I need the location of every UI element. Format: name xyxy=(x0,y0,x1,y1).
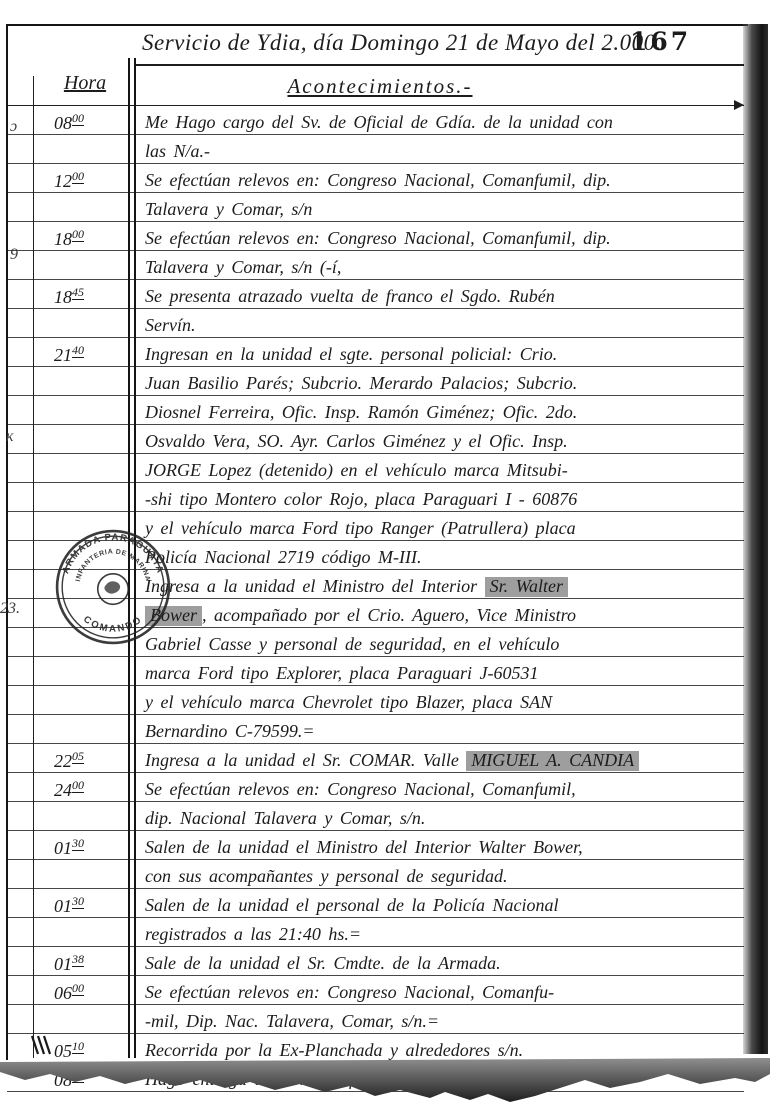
hour-minutes: 00 xyxy=(72,169,84,184)
event-text: Ingresa a la unidad el Sr. COMAR. Valle … xyxy=(131,751,744,772)
hour-minutes: 40 xyxy=(72,343,84,358)
hour-cell xyxy=(7,480,131,482)
event-text: Salen de la unidad el Ministro del Inter… xyxy=(131,838,744,859)
event-text: Se efectúan relevos en: Congreso Naciona… xyxy=(131,229,744,250)
event-text: Osvaldo Vera, SO. Ayr. Carlos Giménez y … xyxy=(131,432,744,453)
scanned-logbook-page: Servicio de Ydia, día Domingo 21 de Mayo… xyxy=(0,0,770,1109)
hour-cell xyxy=(7,451,131,453)
event-text: Se efectúan relevos en: Congreso Naciona… xyxy=(131,171,744,192)
event-text: las N/a.- xyxy=(131,142,744,163)
page-number: 167 xyxy=(630,27,691,56)
log-row: 1800Se efectúan relevos en: Congreso Nac… xyxy=(7,222,744,251)
hour-cell xyxy=(7,161,131,163)
hour-minutes: 10 xyxy=(72,1039,84,1054)
event-text: Salen de la unidad el personal de la Pol… xyxy=(131,896,744,917)
hour-minutes: 00 xyxy=(72,778,84,793)
hour-cell: 1800 xyxy=(7,228,131,250)
hour-minutes: 30 xyxy=(72,836,84,851)
log-row: Diosnel Ferreira, Ofic. Insp. Ramón Gimé… xyxy=(7,396,744,425)
hour-minutes: 30 xyxy=(72,894,84,909)
log-row: Osvaldo Vera, SO. Ayr. Carlos Giménez y … xyxy=(7,425,744,454)
log-row: 0130Salen de la unidad el Ministro del I… xyxy=(7,831,744,860)
bleed-mark: 9 xyxy=(10,246,18,264)
bleed-mark: к xyxy=(6,428,13,446)
column-header-hour: Hora xyxy=(40,72,130,95)
hour-cell xyxy=(7,335,131,337)
hour-cell: 0800 xyxy=(7,112,131,134)
log-row: Talavera y Comar, s/n xyxy=(7,193,744,222)
stamp-text-mid: INFANTERIA DE MARINA xyxy=(75,548,151,582)
hour-cell xyxy=(7,944,131,946)
log-row: marca Ford tipo Explorer, placa Paraguar… xyxy=(7,657,744,686)
hour-minutes: 00 xyxy=(72,111,84,126)
event-text: marca Ford tipo Explorer, placa Paraguar… xyxy=(131,664,744,685)
event-text: Se efectúan relevos en: Congreso Naciona… xyxy=(131,983,744,1004)
hour-cell xyxy=(7,741,131,743)
hour-cell: 2400 xyxy=(7,779,131,801)
log-row: registrados a las 21:40 hs.= xyxy=(7,918,744,947)
hour-cell xyxy=(7,422,131,424)
hour-cell: 0130 xyxy=(7,837,131,859)
hour-cell: 2140 xyxy=(7,344,131,366)
event-text: Servín. xyxy=(131,316,744,337)
event-text: JORGE Lopez (detenido) en el vehículo ma… xyxy=(131,461,744,482)
log-row: 2140Ingresan en la unidad el sgte. perso… xyxy=(7,338,744,367)
hour-minutes: 45 xyxy=(72,285,84,300)
stamp-text-bottom: COMANDO xyxy=(81,614,145,635)
log-row: las N/a.- xyxy=(7,135,744,164)
log-row: con sus acompañantes y personal de segur… xyxy=(7,860,744,889)
log-row: Servín. xyxy=(7,309,744,338)
log-row: 0138Sale de la unidad el Sr. Cmdte. de l… xyxy=(7,947,744,976)
log-row: -shi tipo Montero color Rojo, placa Para… xyxy=(7,483,744,512)
scan-border-top xyxy=(6,24,748,26)
column-header-events: Acontecimientos.- xyxy=(230,74,530,99)
hour-cell xyxy=(7,509,131,511)
page-title: Servicio de Ydia, día Domingo 21 de Mayo… xyxy=(142,30,612,56)
hour-minutes: 00 xyxy=(72,227,84,242)
event-text: registrados a las 21:40 hs.= xyxy=(131,925,744,946)
hour-minutes: 05 xyxy=(72,749,84,764)
hour-cell xyxy=(7,886,131,888)
hour-cell xyxy=(7,828,131,830)
event-text: Sale de la unidad el Sr. Cmdte. de la Ar… xyxy=(131,954,744,975)
event-text: Bower, acompañado por el Crio. Aguero, V… xyxy=(131,606,744,627)
hour-cell: 1200 xyxy=(7,170,131,192)
highlighted-name: MIGUEL A. CANDIA xyxy=(466,751,639,771)
log-row: 1845Se presenta atrazado vuelta de franc… xyxy=(7,280,744,309)
hour-cell xyxy=(7,393,131,395)
log-row: 1200Se efectúan relevos en: Congreso Nac… xyxy=(7,164,744,193)
log-row: -mil, Dip. Nac. Talavera, Comar, s/n.= xyxy=(7,1005,744,1034)
hour-cell xyxy=(7,683,131,685)
navy-round-stamp: ARMADA PARAGUAYA INFANTERIA DE MARINA CO… xyxy=(52,526,174,648)
ink-hatch-mark xyxy=(28,1034,54,1056)
event-text: Me Hago cargo del Sv. de Oficial de Gdía… xyxy=(131,113,744,134)
event-text: Se presenta atrazado vuelta de franco el… xyxy=(131,287,744,308)
log-row: 0130Salen de la unidad el personal de la… xyxy=(7,889,744,918)
log-row: Juan Basilio Parés; Subcrio. Merardo Pal… xyxy=(7,367,744,396)
hour-cell xyxy=(7,219,131,221)
log-row: dip. Nacional Talavera y Comar, s/n. xyxy=(7,802,744,831)
bleed-mark: ɔ xyxy=(10,118,17,136)
hour-minutes: 00 xyxy=(72,981,84,996)
hour-cell: 0600 xyxy=(7,982,131,1004)
log-row: y el vehículo marca Chevrolet tipo Blaze… xyxy=(7,686,744,715)
hour-cell: 0130 xyxy=(7,895,131,917)
hour-cell xyxy=(7,712,131,714)
hour-minutes: 38 xyxy=(72,952,84,967)
event-text: y el vehículo marca Chevrolet tipo Blaze… xyxy=(131,693,744,714)
torn-paper-edge xyxy=(0,1058,770,1109)
log-row: JORGE Lopez (detenido) en el vehículo ma… xyxy=(7,454,744,483)
log-row: 0600Se efectúan relevos en: Congreso Nac… xyxy=(7,976,744,1005)
event-text: Policía Nacional 2719 código M-III. xyxy=(131,548,744,569)
event-text: Talavera y Comar, s/n xyxy=(131,200,744,221)
hour-cell: 0138 xyxy=(7,953,131,975)
hour-cell xyxy=(7,277,131,279)
log-row: Bernardino C-79599.= xyxy=(7,715,744,744)
highlighted-name: Sr. Walter xyxy=(485,577,568,597)
hour-cell xyxy=(7,1031,131,1033)
scan-edge-shadow xyxy=(743,24,768,1054)
event-text: -shi tipo Montero color Rojo, placa Para… xyxy=(131,490,744,511)
stamp-emblem xyxy=(104,581,120,593)
event-text: Juan Basilio Parés; Subcrio. Merardo Pal… xyxy=(131,374,744,395)
event-text: Ingresa a la unidad el Ministro del Inte… xyxy=(131,577,744,598)
event-text: con sus acompañantes y personal de segur… xyxy=(131,867,744,888)
event-text: dip. Nacional Talavera y Comar, s/n. xyxy=(131,809,744,830)
hour-cell: 2205 xyxy=(7,750,131,772)
event-text: Gabriel Casse y personal de seguridad, e… xyxy=(131,635,744,656)
svg-text:COMANDO: COMANDO xyxy=(81,614,145,635)
bleed-mark: 23. xyxy=(0,600,20,618)
event-text: Bernardino C-79599.= xyxy=(131,722,744,743)
log-row: 2400Se efectúan relevos en: Congreso Nac… xyxy=(7,773,744,802)
event-text: Se efectúan relevos en: Congreso Naciona… xyxy=(131,780,744,801)
hour-cell: 1845 xyxy=(7,286,131,308)
event-text: -mil, Dip. Nac. Talavera, Comar, s/n.= xyxy=(131,1012,744,1033)
title-underline xyxy=(136,64,744,66)
event-text: Talavera y Comar, s/n (-í, xyxy=(131,258,744,279)
event-text: y el vehículo marca Ford tipo Ranger (Pa… xyxy=(131,519,744,540)
event-text: Diosnel Ferreira, Ofic. Insp. Ramón Gimé… xyxy=(131,403,744,424)
svg-text:INFANTERIA DE MARINA: INFANTERIA DE MARINA xyxy=(75,548,151,582)
log-row: 0800Me Hago cargo del Sv. de Oficial de … xyxy=(7,106,744,135)
event-text: Ingresan en la unidad el sgte. personal … xyxy=(131,345,744,366)
log-row: 2205Ingresa a la unidad el Sr. COMAR. Va… xyxy=(7,744,744,773)
log-row: Talavera y Comar, s/n (-í, xyxy=(7,251,744,280)
hour-cell xyxy=(7,654,131,656)
